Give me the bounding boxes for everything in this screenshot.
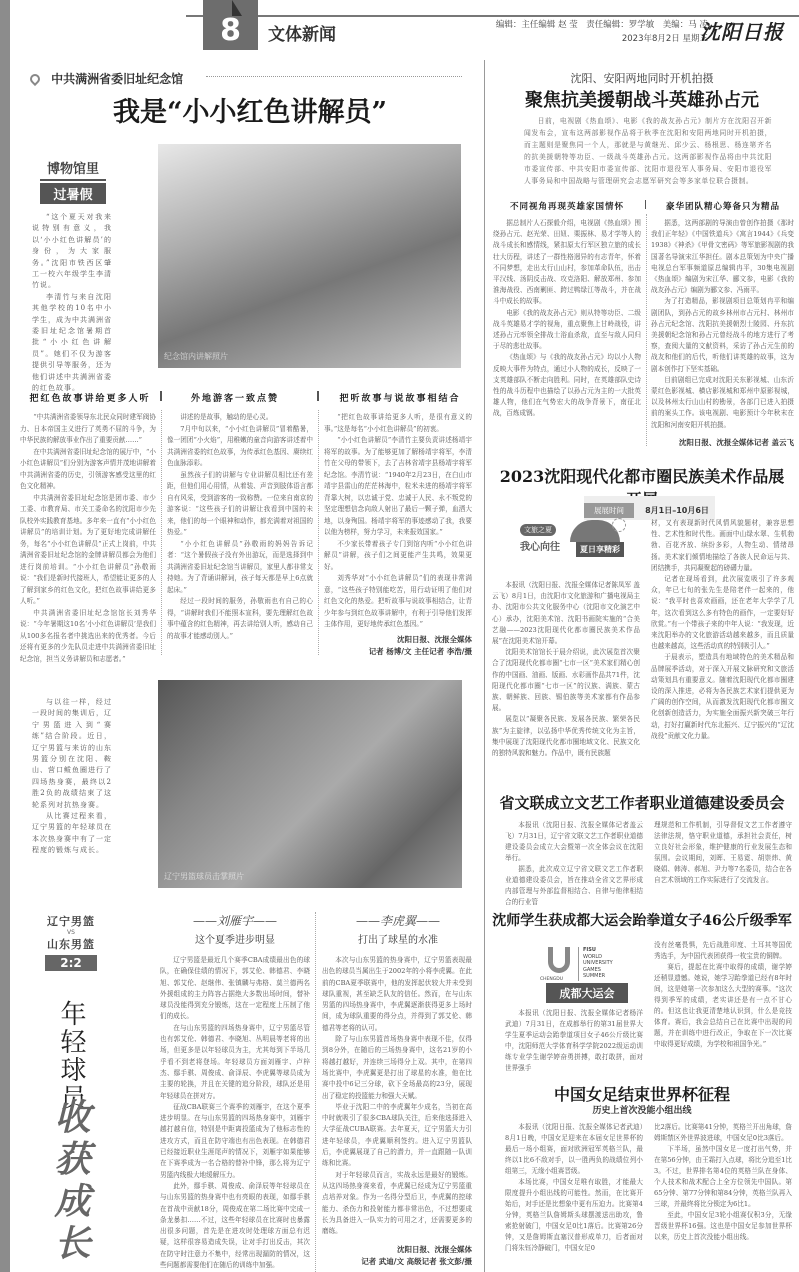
fisu-text: FISU WORLD UNIVERSITY GAMES SUMMER — [583, 947, 613, 980]
team2-label: 山东男篮 — [45, 936, 97, 952]
article3-byline: 沈阳日报、沈报全媒体记者 盖云飞 — [651, 437, 794, 449]
side-title-line1: 博物馆里 — [40, 158, 106, 181]
paragraph: 本报讯（沈阳日报、沈报全媒体记者陈凤军 盖云飞）8月1日，由沈阳市文化旅游和广播… — [492, 580, 640, 647]
article6-left-body: 本报讯（沈阳日报、沈报全媒体记者杨洋 武迪）7月31日，在成都举行的第31届世界… — [505, 1008, 643, 1074]
paragraph: 对于年轻球员而言，实战永远是最好的锻炼。从这四场热身赛来看，李虎翼已经成为辽宁男… — [322, 1170, 472, 1238]
article7-headline: 中国女足结束世界杯征程 — [492, 1082, 792, 1105]
article5-headline: 省文联成立文艺工作者职业道德建设委员会 — [492, 792, 792, 813]
vertical-title-1: 年轻球员 — [56, 1000, 86, 1112]
promo-circles: 文旅之夏 — [520, 524, 556, 536]
article1-section1-body: “中共满洲省委领导东北民众同时建军阀协力、日本帝国主义进行了英勇不屈的斗争，为中… — [20, 412, 156, 665]
side-title: 博物馆里 过暑假 — [40, 158, 106, 204]
promo-tagline: 我心向往 — [520, 538, 560, 553]
paragraph: “小小红色讲解员”李清竹主要负责讲述杨靖宇将军的故事。为了能够更加了解杨靖宇将军… — [324, 435, 472, 539]
player-name: 刘雁宇 — [217, 914, 253, 928]
paragraph: 中共满洲省委旧址纪念馆馆长刘秀华说：“今年暑期这10名‘小小红色讲解员’是我们从… — [20, 608, 156, 666]
paragraph: 本报讯（沈阳日报、沈报全媒体记者武迪）8月1日晚，中国女足迎来在本届女足世界杯的… — [505, 1122, 643, 1177]
column-separator — [315, 912, 316, 1272]
intro-paragraph: “这个夏天对我来说特别有意义，我以‘小小红色讲解员’的身份，为大家服务。”沈阳市… — [32, 212, 112, 292]
paragraph: 此外，鄢手骐、周俊成、俞泽辰等年轻球员在与山东男篮的热身赛中也有亮眼的表现，如鄢… — [160, 1181, 310, 1271]
header-triangle — [232, 0, 242, 16]
column-separator — [318, 410, 319, 655]
paragraph: 据总制片人石探毅介绍，电视剧《热血颂》围绕孙占元、赵光荣、田妞、栗振林、易才学等… — [493, 218, 641, 308]
museum-photo: 纪念馆内讲解照片 — [158, 144, 461, 368]
editors-line: 编辑：主任编辑 赵 莹 责任编辑：罗学敏 美编：马 凌 — [488, 18, 708, 32]
paragraph: 讲述的是故事，触动的是心灵。 — [167, 412, 313, 424]
paragraph: 本报讯（沈阳日报、沈报全媒体记者杨洋 武迪）7月31日，在成都举行的第31届世界… — [505, 1008, 643, 1074]
article4-left-body: 本报讯（沈阳日报、沈报全媒体记者陈凤军 盖云飞）8月1日，由沈阳市文化旅游和广播… — [492, 580, 640, 759]
basketball-photo: 辽宁男篮球员击掌照片 — [158, 680, 462, 888]
vertical-title-2: 收获成长 — [50, 1098, 90, 1266]
paragraph: 没有丝毫畏惧，先后战胜印度、土耳其等国优秀选手，为中国代表团获得一枚宝贵的铜牌。 — [654, 940, 792, 962]
column2-name: ——李虎翼—— — [323, 912, 473, 929]
fisu-line: UNIVERSITY — [583, 960, 613, 967]
paragraph: 征战CBA联赛三个赛季的刘雁宇，在这个夏季进步明显。在与山东男篮的四场热身赛中，… — [160, 1102, 310, 1181]
newspaper-logo: 沈阳日报 — [700, 16, 784, 45]
matchup-block: 辽宁男篮 VS 山东男篮 2:2 — [45, 913, 97, 971]
paragraph: 电影《我的战友孙占元》则从特等功臣、二级战斗英雄易才学的视角，重点聚焦上甘岭战役… — [493, 308, 641, 353]
sun-icon — [612, 518, 626, 532]
paragraph: 虽然孩子们的讲解与专业讲解员相比还有差距，但他们用心用情，从着装、声音到肢体语言… — [167, 470, 313, 539]
article2-byline: 沈阳日报、沈报全媒体 记者 武迪/文 高级记者 张文彭/摄 — [322, 1244, 472, 1268]
section-divider-mark — [160, 391, 162, 401]
article3-section1-body: 据总制片人石探毅介绍，电视剧《热血颂》围绕孙占元、赵光荣、田妞、栗振林、易才学等… — [493, 218, 641, 420]
column2-head: ——李虎翼—— 打出了球星的水准 — [323, 912, 473, 946]
page-edge-bar — [0, 0, 10, 1272]
paragraph: 材，又有表现新时代风情风貌题材，兼容思想性、艺术性和时代性。画面中山绿水翠、生机… — [651, 518, 794, 574]
byline-line: 沈阳日报、沈报全媒体 — [322, 1244, 472, 1256]
kicker-dotted-rule — [206, 76, 462, 77]
article7-subheadline: 历史上首次没能小组出线 — [492, 1103, 792, 1116]
byline-line: 沈阳日报、沈报全媒体 — [324, 634, 472, 646]
score-badge: 2:2 — [45, 955, 97, 971]
paragraph: “把红色故事讲给更多人听，是很有意义的事。”这是每名“小小红色讲解员”的初衷。 — [324, 412, 472, 435]
paragraph: 本场比赛，中国女足唯有取胜，才能最大限度提升小组出线的可能性。然而，在比赛开始后… — [505, 1177, 643, 1254]
article1-section1-title: 把红色故事讲给更多人听 — [20, 391, 160, 404]
paragraph: 至此，中国女足3轮小组赛仅积3分，无缘晋级世界杯16强。这也是中国女足参加世界杯… — [654, 1210, 792, 1243]
article1-section2-title: 外地游客一致点赞 — [165, 391, 305, 404]
chengdu-u-icon — [548, 947, 570, 973]
paragraph: 《热血颂》与《我的战友孙占元》均以小人物反映大事件为特点，通过小人物的成长，反映… — [493, 352, 641, 419]
byline-line: 记者 杨博/文 主任记者 李浩/摄 — [324, 646, 472, 658]
article3-intro: 日前，电视剧《热血颂》、电影《我的战友孙占元》制片方在沈阳召开新闻发布会，宣布这… — [524, 115, 772, 187]
right-column-rule — [484, 60, 485, 1272]
section-divider-mark — [645, 200, 646, 209]
vs-label: VS — [45, 929, 97, 936]
article3-section2-body: 据悉，这两部剧的导演由曾创作拍摄《那时我们正年轻》《中国铁道兵》《寓言1944》… — [651, 218, 794, 431]
page-header: 8 文体新闻 编辑：主任编辑 赵 莹 责任编辑：罗学敏 美编：马 凌 2023年… — [0, 0, 799, 62]
paragraph: 记者在现场看到，此次展览吸引了许多观众，年已七旬的张先生是陪老伴一起来的，他说：… — [651, 574, 794, 652]
paragraph: 经过一段时间的服务，孙敬雨也有自己的心得，“讲解时我们不能照本宣科，要先理解红色… — [167, 596, 313, 642]
intro-paragraph: 与以往一样，经过一段时间的集训后，辽宁男篮进入到“赛练”结合阶段。近日，辽宁男篮… — [32, 697, 112, 811]
summer-promo-graphic: 文旅之夏 我心向往 夏日享精彩 — [520, 516, 645, 568]
article5-right-body: 理规范和工作机制，引导督促文艺工作者遵守法律法规，恪守职业道德，承担社会责任，树… — [654, 820, 792, 886]
date-range: 8月1日–10月6日 — [645, 506, 709, 515]
logo-city: CHENGDU — [540, 977, 563, 982]
article3-headline: 聚焦抗美援朝战斗英雄孙占元 — [492, 86, 792, 112]
date-line: 2023年8月2日 星期三 — [488, 32, 708, 46]
article7-right-body: 比2落后。比赛第41分钟，英格兰开出角球，詹姆斯禁区外世界波进球，中国女足0比3… — [654, 1122, 792, 1243]
column2-body: 本次与山东男篮的热身赛中，辽宁男篮表现最出色的球员当属出生于2002年的小将李虎… — [322, 955, 472, 1237]
paragraph: 为了打造精品，影视剧项目总策划冉平和编剧团队，到孙占元的故乡林州市占元村、林州市… — [651, 296, 794, 374]
paragraph: 沈阳美术馆馆长于晨介绍说，此次展览首次聚合了沈阳现代化都市圈“七市一区”美术家们… — [492, 647, 640, 714]
column1-head: ——刘雁宇—— 这个夏季进步明显 — [160, 912, 310, 946]
byline-line: 记者 武迪/文 高级记者 张文彭/摄 — [322, 1256, 472, 1268]
side-title-line2: 过暑假 — [40, 183, 106, 204]
article1-section3-body: “把红色故事讲给更多人听，是很有意义的事。”这是每名“小小红色讲解员”的初衷。 … — [324, 412, 472, 631]
article1-section2-body: 讲述的是故事，触动的是心灵。 7月中旬以来，“小小红色讲解员”冒着酷暑，像一团团… — [167, 412, 313, 642]
team1-label: 辽宁男篮 — [45, 913, 97, 929]
paragraph: 刘秀华对“小小红色讲解员”们的表现非常满意，“这些孩子特别能吃苦，用行动证明了他… — [324, 573, 472, 631]
paragraph: “中共满洲省委领导东北民众同时建军阀协力、日本帝国主义进行了英勇不屈的斗争，为中… — [20, 412, 156, 447]
paragraph: 目前剧组已完成对沈阳关东影视城、山东沂蒙红色影视城、横店影视城和郑州中原影视城，… — [651, 375, 794, 431]
page-number: 8 — [203, 0, 258, 50]
intro-paragraph: 从比赛过程来看，辽宁男篮的年轻球员在本次热身赛中有了一定程度的锻炼与成长。 — [32, 811, 112, 857]
column2-subtitle: 打出了球星的水准 — [323, 931, 473, 946]
paragraph: 本报讯（沈阳日报、沈报全媒体记者盖云飞）7月31日，辽宁省文联文艺工作者职业道德… — [505, 820, 643, 864]
paragraph: 辽宁男篮是最近几个赛季CBA成绩最出色的球队，在确保佳绩的情况下，郭艾伦、韩德君… — [160, 955, 310, 1023]
article1-byline: 沈阳日报、沈报全媒体 记者 杨博/文 主任记者 李浩/摄 — [324, 634, 472, 658]
paragraph: 赛后，提起在比赛中取得的成绩，谢学婷还稍显遗憾。她说，她学习跆拳道已经有8年时间… — [654, 962, 792, 1050]
paragraph: 不少家长带着孩子专门到馆内听“小小红色讲解员”讲解，孩子们之间更能产生共鸣，效果… — [324, 539, 472, 574]
promo-badge: 夏日享精彩 — [576, 542, 624, 557]
article5-left-body: 本报讯（沈阳日报、沈报全媒体记者盖云飞）7月31日，辽宁省文联文艺工作者职业道德… — [505, 820, 643, 908]
column1-body: 辽宁男篮是最近几个赛季CBA成绩最出色的球队，在确保佳绩的情况下，郭艾伦、韩德君… — [160, 955, 310, 1271]
article2-intro: 与以往一样，经过一段时间的集训后，辽宁男篮进入到“赛练”结合阶段。近日，辽宁男篮… — [32, 697, 112, 857]
article3-section2-title: 豪华团队精心筹备只为精品 — [648, 200, 798, 212]
column-separator — [161, 410, 162, 655]
paragraph: 展览以“凝聚各民族、发展各民族、繁荣各民族”为主旋律，以弘扬中华优秀传统文化为主… — [492, 714, 640, 759]
article6-right-body: 没有丝毫畏惧，先后战胜印度、土耳其等国优秀选手，为中国代表团获得一枚宝贵的铜牌。… — [654, 940, 792, 1050]
article1-intro: “这个夏天对我来说特别有意义，我以‘小小红色讲解员’的身份，为大家服务。”沈阳市… — [32, 212, 112, 395]
paragraph: 在与山东男篮的四场热身赛中，辽宁男篮尽管也有郭艾伦、韩德君、李晓旭、丛明晨等老将… — [160, 1023, 310, 1102]
article1-kicker: 中共满洲省委旧址纪念馆 — [30, 68, 183, 87]
article6-headline: 沈师学生获成都大运会跆拳道女子46公斤级季军 — [492, 910, 792, 930]
paragraph: “小小红色讲解员”孙敬雨的妈妈告诉记者：“这个暑假孩子没有外出游玩，而是选择到中… — [167, 539, 313, 597]
intro-paragraph: 李清竹与来自沈阳其他学校的10名中小学生，成为中共满洲省委旧址纪念馆暑期首批“小… — [32, 292, 112, 395]
player-name: 李虎翼 — [380, 914, 416, 928]
paragraph: 毕业于沈阳二中的李虎翼年少成名，当初在高中时就吸引了很多CBA球队关注，后来他选… — [322, 1102, 472, 1170]
paragraph: 7月中旬以来，“小小红色讲解员”冒着酷暑，像一团团“小火焰”，用稚嫩的童音向游客… — [167, 424, 313, 470]
paragraph: 于晨表示，塑造具有地域特色的美术精品和品牌展季活动，对于深入开展文脉研究和文旅活… — [651, 652, 794, 742]
section-title: 文体新闻 — [268, 20, 336, 45]
article3-section1-title: 不同视角再现英雄家国情怀 — [492, 200, 642, 212]
location-pin-icon — [28, 71, 42, 85]
section-divider-mark — [317, 391, 319, 401]
editors-info: 编辑：主任编辑 赵 莹 责任编辑：罗学敏 美编：马 凌 2023年8月2日 星期… — [488, 18, 708, 46]
article3-subheadline: 沈阳、安阳两地同时开机拍摄 — [492, 70, 792, 86]
paragraph: 理规范和工作机制，引导督促文艺工作者遵守法律法规，恪守职业道德，承担社会责任，树… — [654, 820, 792, 886]
paragraph: 比2落后。比赛第41分钟，英格兰开出角球，詹姆斯禁区外世界波进球，中国女足0比3… — [654, 1122, 792, 1144]
article4-right-body: 材，又有表现新时代风情风貌题材，兼容思想性、艺术性和时代性。画面中山绿水翠、生机… — [651, 518, 794, 742]
column1-subtitle: 这个夏季进步明显 — [160, 931, 310, 946]
article7-left-body: 本报讯（沈阳日报、沈报全媒体记者武迪）8月1日晚，中国女足迎来在本届女足世界杯的… — [505, 1122, 643, 1254]
logo-divider — [578, 947, 579, 981]
paragraph: 在中共满洲省委旧址纪念馆的展厅中，“小小红色讲解员”们分别为游客声情并茂地讲解着… — [20, 447, 156, 493]
chengdu-universiade-badge: 成都大运会 — [546, 983, 628, 1003]
paragraph: 下半场，虽然中国女足一度打出气势，并在第56分钟，由王霜打入点球，将比分追至1比… — [654, 1144, 792, 1210]
paragraph: 本次与山东男篮的热身赛中，辽宁男篮表现最出色的球员当属出生于2002年的小将李虎… — [322, 955, 472, 1034]
paragraph: 中共满洲省委旧址纪念馆是团市委、市少工委、市教育局、市关工委命名的沈阳市少先队校… — [20, 493, 156, 608]
paragraph: 除了与山东男篮首场热身赛中表现不佳，仅得到8分外，在随后的三场热身赛中，这名21… — [322, 1034, 472, 1102]
fisu-line: SUMMER — [583, 973, 613, 980]
column-separator — [646, 214, 647, 446]
article1-section3-title: 把听故事与说故事相结合 — [320, 391, 480, 404]
column1-name: ——刘雁宇—— — [160, 912, 310, 929]
paragraph: 据悉，此次成立辽宁省文联文艺工作者职业道德建设委员会，旨在推动全省文艺界形成内部… — [505, 864, 643, 908]
paragraph: 据悉，这两部剧的导演由曾创作拍摄《那时我们正年轻》《中国铁道兵》《寓言1944》… — [651, 218, 794, 296]
article1-headline: 我是“小小红色讲解员” — [30, 90, 470, 129]
